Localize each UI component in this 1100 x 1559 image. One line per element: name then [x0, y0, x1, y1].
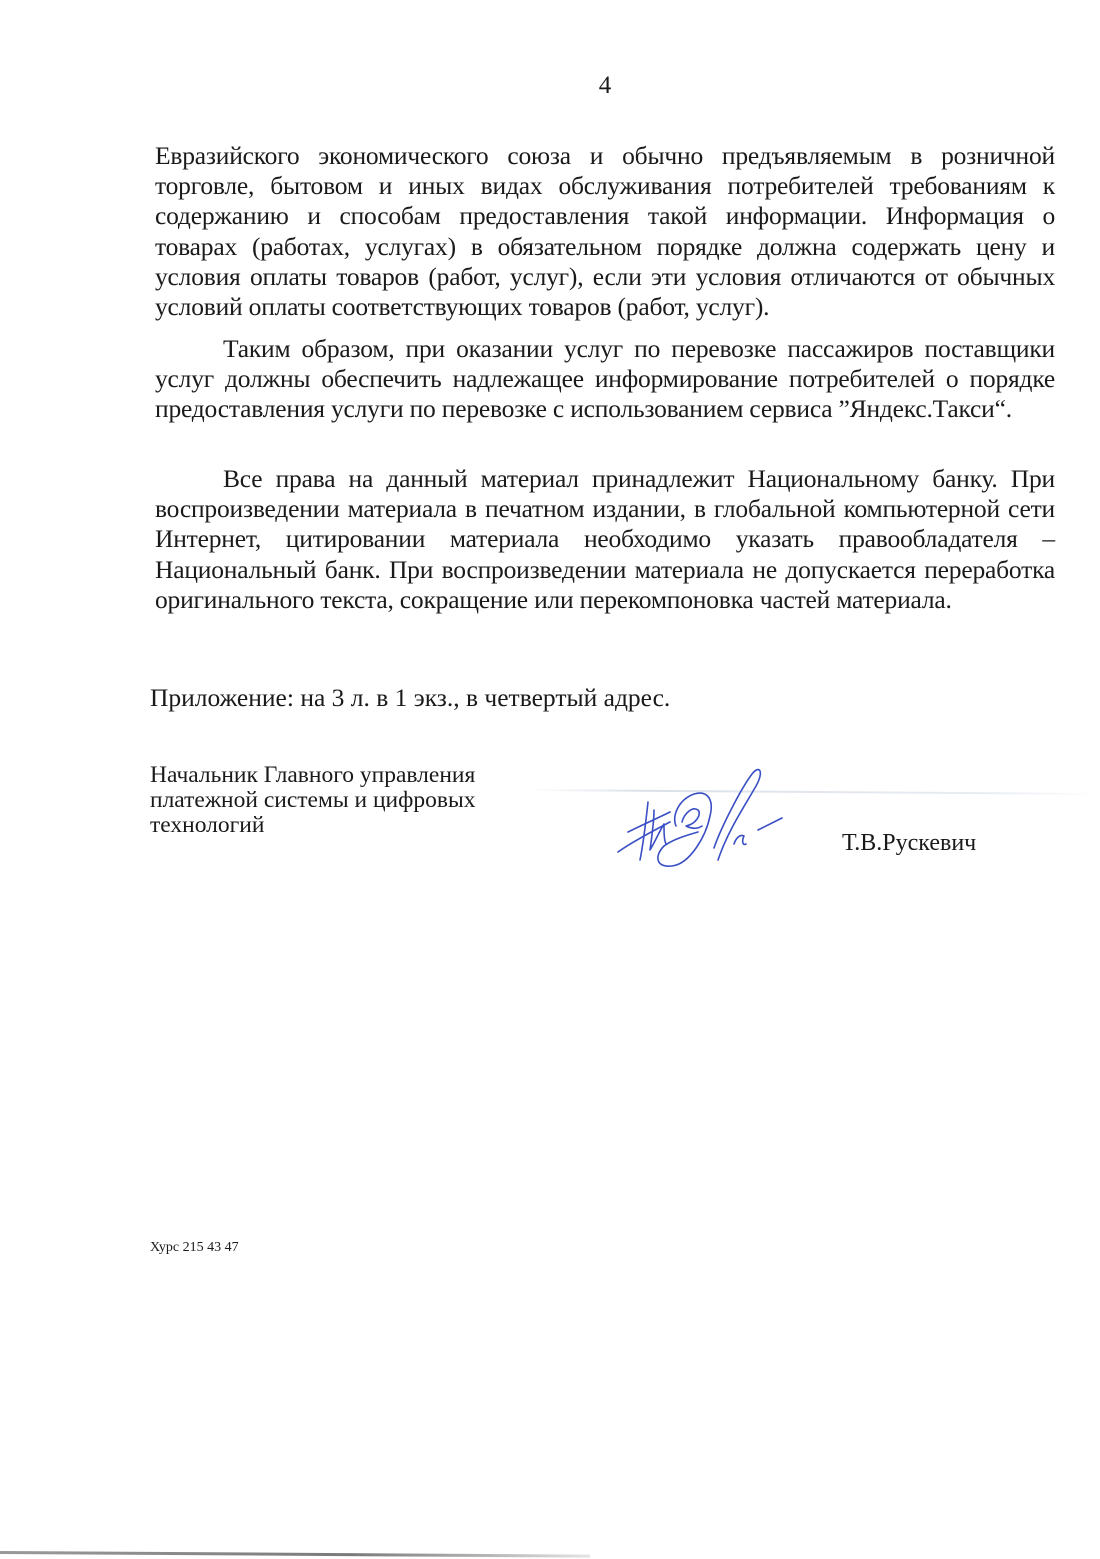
paragraph-consumer-information: Евразийского экономического союза и обыч… — [155, 141, 1055, 322]
signatory-title-line: платежной системы и цифровых — [150, 788, 475, 813]
page-number: 4 — [0, 72, 1100, 100]
paragraph-text: Все права на данный материал принадлежит… — [155, 464, 1055, 615]
signatory-title: Начальник Главного управления платежной … — [150, 763, 475, 838]
attachment-note: Приложение: на 3 л. в 1 экз., в четверты… — [150, 683, 670, 713]
signatory-title-line: технологий — [150, 813, 475, 838]
paragraph-text: Таким образом, при оказании услуг по пер… — [155, 334, 1055, 425]
handwritten-signature-icon — [610, 760, 790, 875]
paragraph-yandex-taxi: Таким образом, при оказании услуг по пер… — [155, 334, 1055, 425]
paragraph-text: Евразийского экономического союза и обыч… — [155, 141, 1055, 322]
scan-bottom-edge — [0, 1551, 590, 1558]
signatory-name: Т.В.Рускевич — [842, 830, 976, 857]
signatory-title-line: Начальник Главного управления — [150, 763, 475, 788]
paragraph-copyright: Все права на данный материал принадлежит… — [155, 464, 1055, 615]
executor-contact: Хурс 215 43 47 — [150, 1240, 239, 1256]
